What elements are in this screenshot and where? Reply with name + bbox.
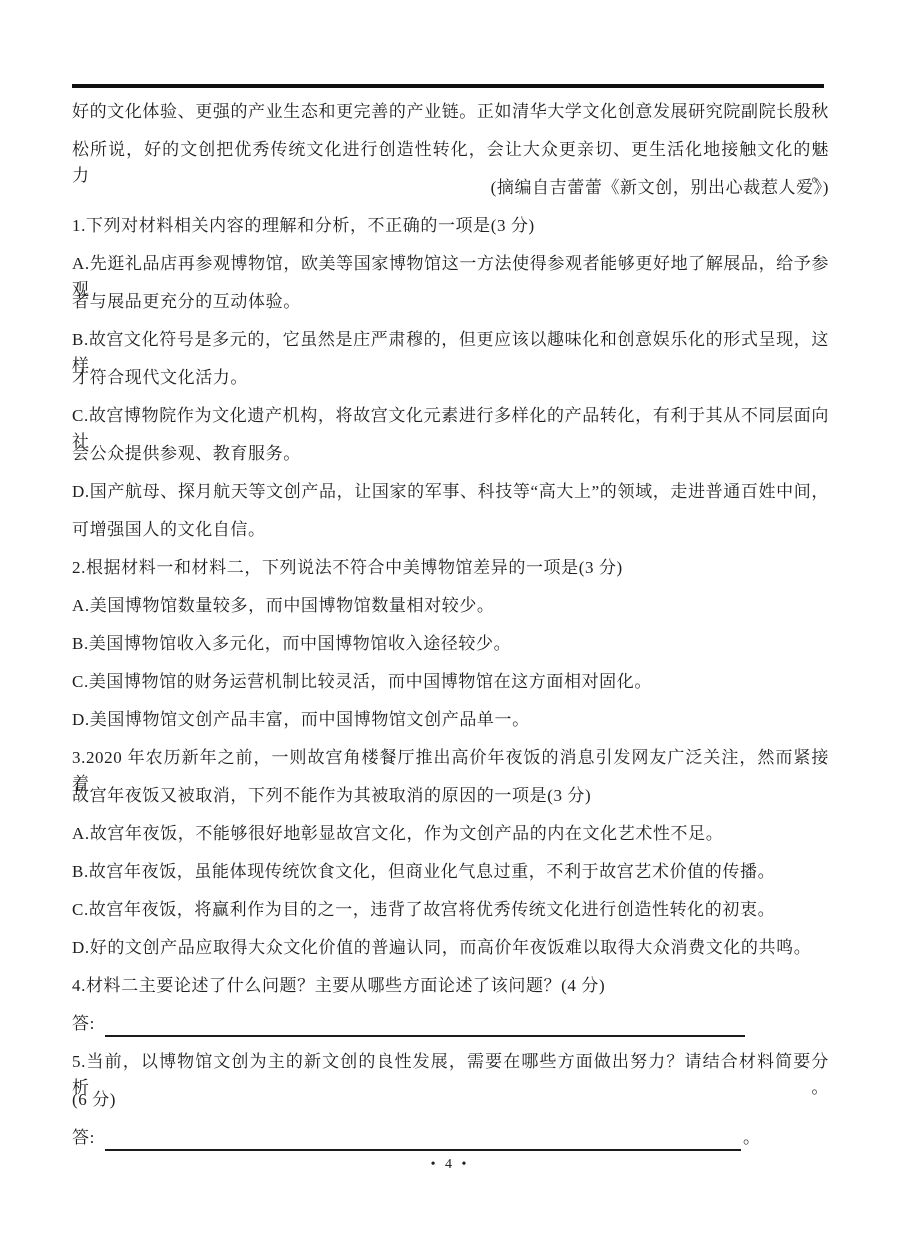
q3-option-c: C.故宫年夜饭，将赢利作为目的之一，违背了故宫将优秀传统文化进行创造性转化的初衷… (72, 897, 829, 923)
q2-option-c: C.美国博物馆的财务运营机制比较灵活，而中国博物馆在这方面相对固化。 (72, 669, 829, 695)
q2-option-a: A.美国博物馆数量较多，而中国博物馆数量相对较少。 (72, 593, 829, 619)
q4-stem: 4.材料二主要论述了什么问题？主要从哪些方面论述了该问题？(4 分) (72, 973, 829, 999)
q1-option-c-line2: 会公众提供参观、教育服务。 (72, 441, 829, 467)
q3-option-b: B.故宫年夜饭，虽能体现传统饮食文化，但商业化气息过重，不利于故宫艺术价值的传播… (72, 859, 829, 885)
q3-stem-line2: 故宫年夜饭又被取消，下列不能作为其被取消的原因的一项是(3 分) (72, 783, 829, 809)
page-number: • 4 • (0, 1157, 900, 1173)
passage-line-1: 好的文化体验、更强的产业生态和更完善的产业链。正如清华大学文化创意发展研究院副院… (72, 99, 829, 125)
source-attribution: (摘编自吉蕾蕾《新文创，别出心裁惹人爱》) (72, 175, 829, 201)
q1-option-d-line2: 可增强国人的文化自信。 (72, 517, 829, 543)
q3-option-d: D.好的文创产品应取得大众文化价值的普遍认同，而高价年夜饭难以取得大众消费文化的… (72, 935, 829, 961)
q4-answer-label: 答: (72, 1011, 95, 1037)
exam-page: 好的文化体验、更强的产业生态和更完善的产业链。正如清华大学文化创意发展研究院副院… (0, 0, 900, 1246)
q2-option-d: D.美国博物馆文创产品丰富，而中国博物馆文创产品单一。 (72, 707, 829, 733)
q4-answer-row: 答: (72, 1011, 829, 1037)
q1-option-d-line1: D.国产航母、探月航天等文创产品，让国家的军事、科技等“高大上”的领域，走进普通… (72, 479, 829, 505)
q3-option-a: A.故宫年夜饭，不能够很好地彰显故宫文化，作为文创产品的内在文化艺术性不足。 (72, 821, 829, 847)
q1-option-a-line2: 者与展品更充分的互动体验。 (72, 289, 829, 315)
q5-answer-row: 答: 。 (72, 1125, 829, 1151)
q4-answer-blank-line (105, 1015, 745, 1037)
q5-answer-blank-line (105, 1129, 741, 1151)
header-divider-rule (72, 84, 824, 88)
q5-answer-label: 答: (72, 1125, 95, 1151)
q5-stem-line2: (6 分) (72, 1087, 829, 1113)
q5-answer-period: 。 (743, 1125, 761, 1151)
q2-option-b: B.美国博物馆收入多元化，而中国博物馆收入途径较少。 (72, 631, 829, 657)
q1-option-b-line2: 才符合现代文化活力。 (72, 365, 829, 391)
q1-stem: 1.下列对材料相关内容的理解和分析，不正确的一项是(3 分) (72, 213, 829, 239)
q2-stem: 2.根据材料一和材料二，下列说法不符合中美博物馆差异的一项是(3 分) (72, 555, 829, 581)
